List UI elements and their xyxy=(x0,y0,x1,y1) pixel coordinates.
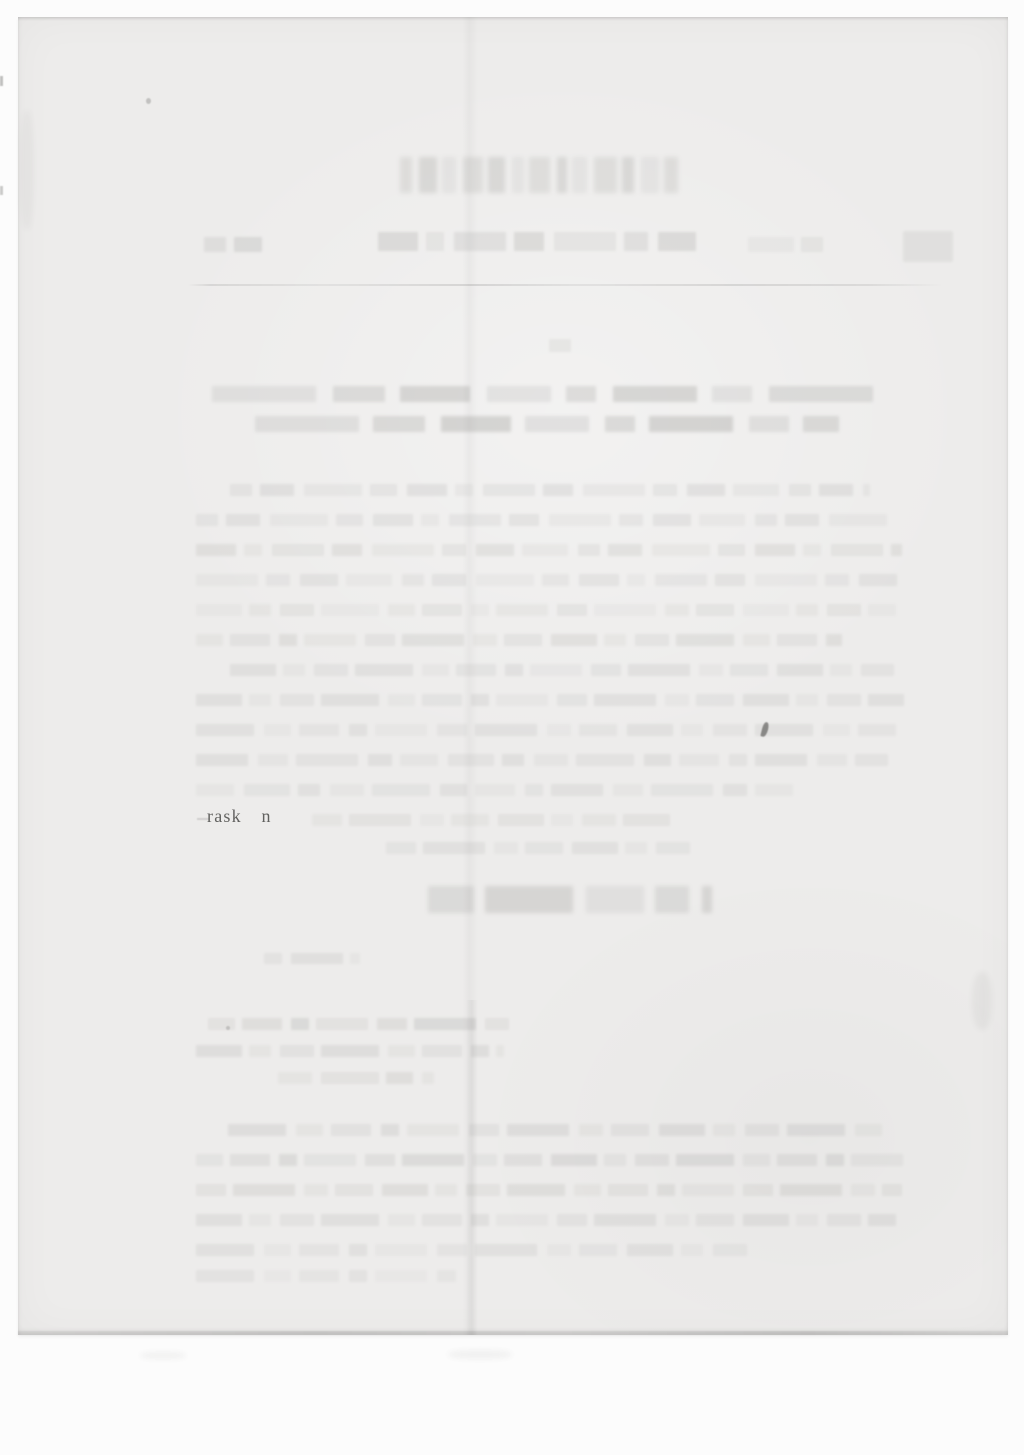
paragraph1-line-2 xyxy=(196,514,896,526)
paragraph2-line-7 xyxy=(386,842,694,854)
byline-fragment xyxy=(264,953,360,964)
footer-block-line-3 xyxy=(278,1072,434,1084)
scan-root: rask n xyxy=(0,0,1024,1455)
below-page-smudge xyxy=(140,1352,186,1359)
paragraph3-line-5 xyxy=(196,1244,756,1256)
subtitle-line-2 xyxy=(255,416,839,432)
paragraph3-line-6 xyxy=(196,1270,456,1282)
subtitle-line-1 xyxy=(212,386,880,402)
paragraph1-line-5 xyxy=(196,604,896,616)
scanner-edge-tick xyxy=(0,76,3,86)
paragraph3-line-2 xyxy=(196,1154,908,1166)
paragraph1-line-6 xyxy=(196,634,842,646)
below-page-smudge xyxy=(448,1350,512,1359)
paragraph2-line-6 xyxy=(312,814,670,826)
section-number xyxy=(549,339,571,352)
paragraph2-line-3 xyxy=(196,724,896,736)
paragraph2-line-4 xyxy=(196,754,888,766)
paragraph3-line-3 xyxy=(196,1184,902,1196)
masthead-title xyxy=(400,157,686,193)
separator-rule xyxy=(188,284,943,286)
scanner-edge-tick xyxy=(0,186,3,195)
footer-block-line-2 xyxy=(196,1045,504,1057)
paragraph2-line-1 xyxy=(230,664,894,676)
paragraph1-line-1 xyxy=(230,484,870,496)
paragraph1-line-3 xyxy=(196,544,902,556)
stamp-box xyxy=(903,231,953,262)
dateline-right xyxy=(748,237,834,252)
paragraph3-line-1 xyxy=(228,1124,896,1136)
footer-block-line-1 xyxy=(208,1018,522,1030)
paragraph3-line-4 xyxy=(196,1214,896,1226)
period-dot xyxy=(226,1026,230,1030)
scanned-page xyxy=(18,17,1008,1335)
ink-speck xyxy=(146,98,151,104)
dateline-left xyxy=(204,237,262,252)
right-edge-smudge xyxy=(972,972,992,1030)
dateline-center xyxy=(378,232,708,251)
legible-text-fragment: rask n xyxy=(207,806,272,826)
left-edge-smudge xyxy=(20,110,34,230)
paragraph2-line-5 xyxy=(196,784,796,796)
paragraph1-line-4 xyxy=(196,574,904,586)
paragraph2-line-2 xyxy=(196,694,904,706)
article-heading xyxy=(428,886,712,913)
